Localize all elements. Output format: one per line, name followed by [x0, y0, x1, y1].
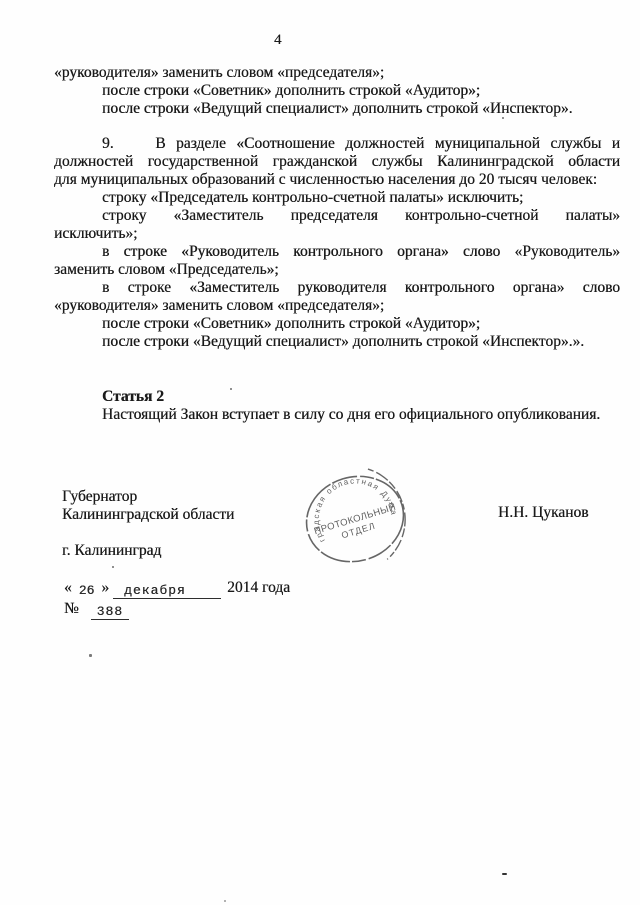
year-label: 2014 года [227, 579, 290, 597]
scan-speck [502, 873, 507, 875]
scan-speck [224, 900, 226, 902]
scan-speck [230, 388, 232, 390]
article-2-text: Настоящий Закон вступает в силу со дня е… [54, 406, 620, 424]
date-and-number-block: « 26 » декабря 2014 года № 388 [64, 579, 290, 621]
scan-speck [112, 566, 114, 568]
body-line: после строки «Советник» дополнить строко… [54, 82, 620, 100]
body-line: после строки «Ведущий специалист» дополн… [54, 100, 620, 118]
scanned-document-page: 4 «руководителя» заменить словом «предсе… [0, 0, 640, 905]
scan-speck [502, 117, 504, 119]
day-value: 26 [79, 583, 95, 598]
signature-city: г. Калининград [62, 542, 234, 560]
body-line: в строке «Заместитель руководителя контр… [54, 279, 620, 297]
date-row: « 26 » декабря 2014 года [64, 579, 290, 600]
spacer [62, 524, 234, 542]
signer-title-line: Калининградской области [62, 506, 234, 524]
close-quote: » [101, 579, 109, 597]
scan-speck [89, 654, 92, 657]
month-fill-in: декабря [113, 583, 221, 599]
open-quote: « [64, 579, 72, 597]
body-line: в строке «Руководитель контрольного орга… [54, 243, 620, 261]
document-number-fill-in: 388 [91, 604, 129, 620]
body-line: заменить словом «Председатель»; [54, 261, 620, 279]
body-line: после строки «Ведущий специалист» дополн… [54, 333, 620, 351]
body-line-section-9: 9. В разделе «Соотношение должностей мун… [54, 135, 620, 153]
body-line: должностей государственной гражданской с… [54, 153, 620, 171]
signer-name: Н.Н. Цуканов [498, 504, 589, 522]
signer-title-line: Губернатор [62, 488, 234, 506]
document-body: «руководителя» заменить словом «председа… [54, 64, 620, 424]
signature-block: Губернатор Калининградской области г. Ка… [62, 488, 234, 560]
body-line: строку «Председатель контрольно-счетной … [54, 189, 620, 207]
official-stamp: градская областная Дума ПРОТОКОЛЬНЫЙ ОТД… [296, 468, 416, 572]
body-line: строку «Заместитель председателя контрол… [54, 207, 620, 225]
number-sign: № [64, 600, 79, 618]
body-line: «руководителя» заменить словом «председа… [54, 64, 620, 82]
page-number: 4 [0, 32, 556, 49]
body-line: для муниципальных образований с численно… [54, 171, 620, 189]
body-line: после строки «Советник» дополнить строко… [54, 315, 620, 333]
number-row: № 388 [64, 600, 290, 621]
body-line: исключить»; [54, 225, 620, 243]
article-2-heading: Статья 2 [54, 388, 620, 406]
body-line: «руководителя» заменить словом «председа… [54, 297, 620, 315]
